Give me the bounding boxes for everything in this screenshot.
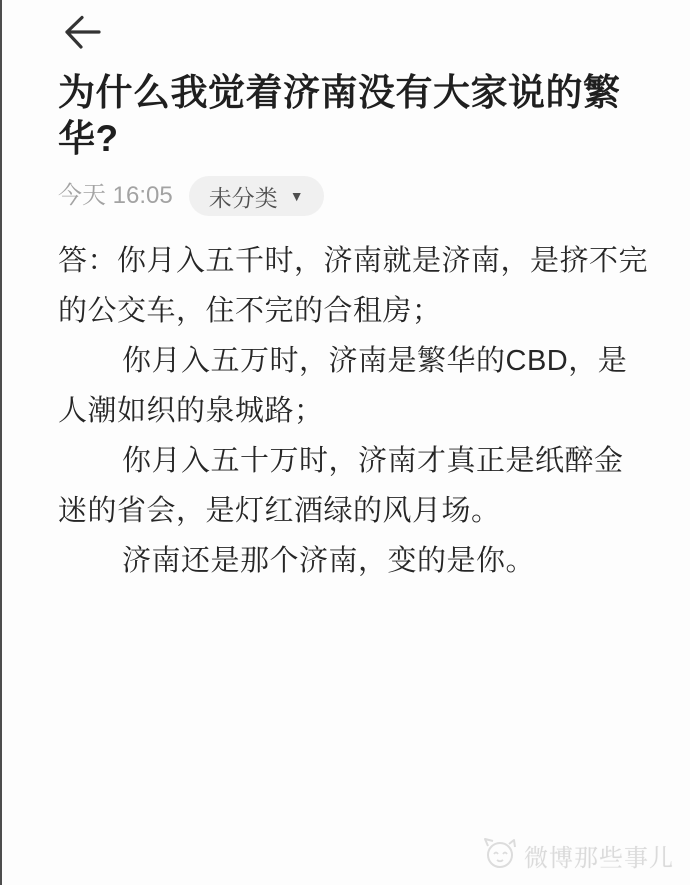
mascot-face-icon <box>482 836 518 875</box>
post-meta-row: 今天 16:05 未分类 ▼ <box>58 176 324 216</box>
body-text-line: 济南还是那个济南，变的是你。 <box>58 536 658 586</box>
body-text-line: 人潮如织的泉城路； <box>58 386 658 436</box>
back-button[interactable] <box>58 10 104 56</box>
watermark-text: 微博那些事儿 <box>524 838 674 873</box>
body-text-line: 迷的省会，是灯红酒绿的风月场。 <box>58 486 658 536</box>
page-title: 为什么我觉着济南没有大家说的繁华? <box>58 70 650 162</box>
category-label: 未分类 <box>209 180 278 213</box>
body-text-line: 的公交车，住不完的合租房； <box>58 286 658 336</box>
chevron-down-icon: ▼ <box>290 189 304 203</box>
body-text-line: 答：你月入五千时，济南就是济南，是挤不完 <box>58 236 658 286</box>
back-arrow-icon <box>59 11 103 56</box>
category-dropdown-button[interactable]: 未分类 ▼ <box>189 176 324 216</box>
answer-body: 答：你月入五千时，济南就是济南，是挤不完的公交车，住不完的合租房；你月入五万时，… <box>58 236 658 586</box>
screen-edge-line <box>0 0 2 885</box>
post-timestamp: 今天 16:05 <box>58 176 173 216</box>
body-text-line: 你月入五十万时，济南才真正是纸醉金 <box>58 436 658 486</box>
body-text-line: 你月入五万时，济南是繁华的CBD，是 <box>58 336 658 386</box>
watermark: 微博那些事儿 <box>482 836 674 875</box>
